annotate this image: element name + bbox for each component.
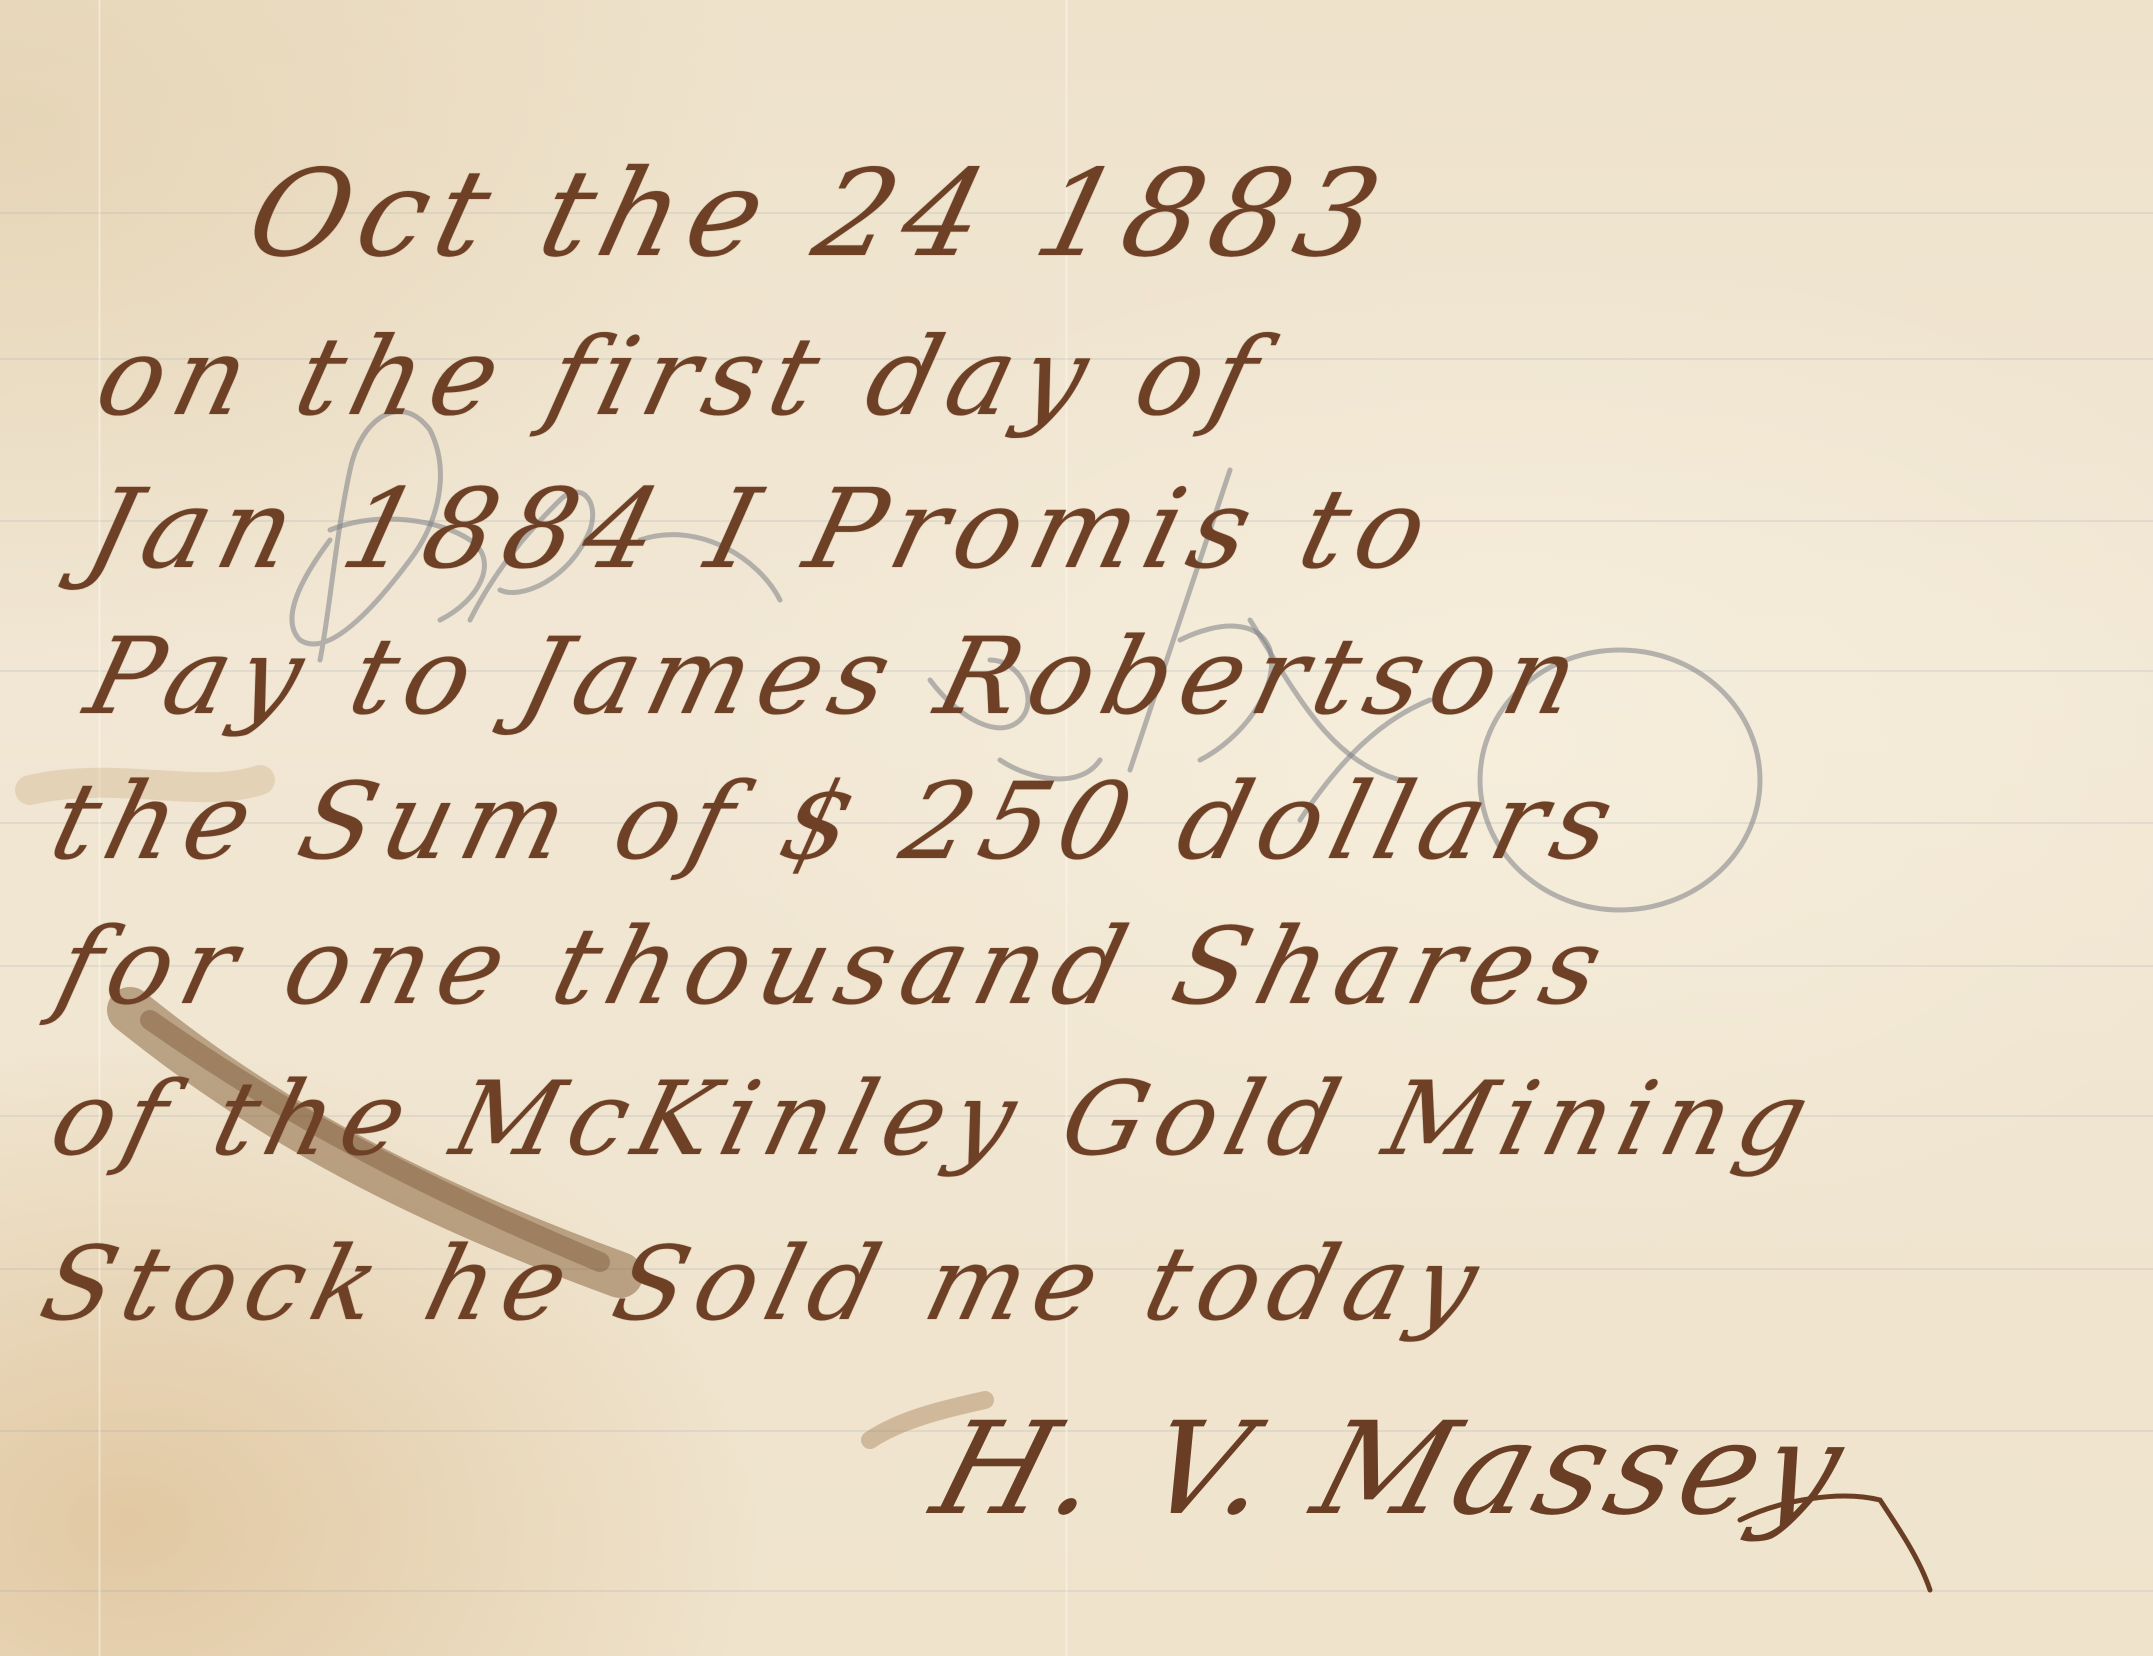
note-line-3: Jan 1884 I Promis to: [75, 465, 1450, 593]
note-line-7: of the McKinley Gold Mining: [40, 1060, 1829, 1179]
note-line-2: on the first day of: [85, 315, 1279, 440]
note-line-date: Oct the 24 1883: [235, 145, 1403, 284]
note-line-5: the Sum of $ 250 dollars: [40, 760, 1635, 883]
note-line-4: Pay to James Robertson: [75, 615, 1600, 738]
note-line-6: for one thousand Shares: [45, 905, 1624, 1028]
letter-paper: Oct the 24 1883 on the first day of Jan …: [0, 0, 2153, 1656]
signature: H. V. Massey: [919, 1395, 1865, 1544]
ruled-line: [0, 1590, 2153, 1592]
note-line-8: Stock he Sold me today: [30, 1225, 1499, 1344]
